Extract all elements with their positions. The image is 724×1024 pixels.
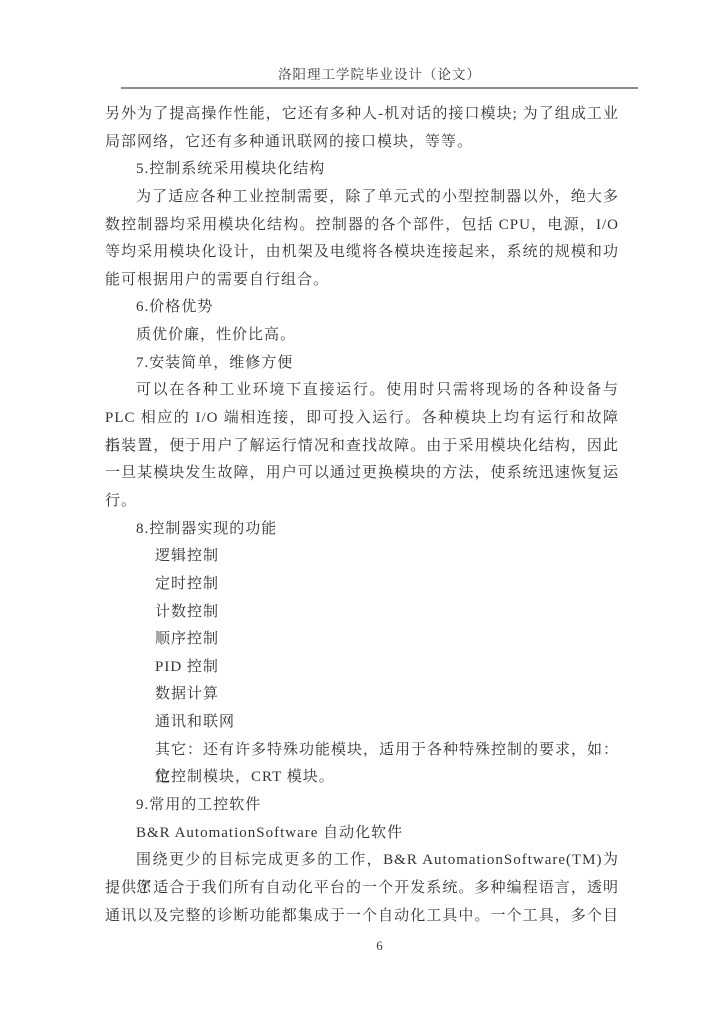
body-line: PID 控制 — [105, 654, 619, 682]
document-page: 洛阳理工学院毕业设计（论文） 另外为了提高操作性能，它还有多种人-机对话的接口模… — [0, 0, 724, 1024]
body-line: 为了适应各种工业控制需要，除了单元式的小型控制器以外，绝大多 — [105, 184, 619, 212]
body-line: 可以在各种工业环境下直接运行。使用时只需将现场的各种设备与 — [105, 377, 619, 405]
body-line: 数控制器均采用模块化结构。控制器的各个部件，包括 CPU，电源，I/O — [105, 212, 619, 240]
body-line: 其它：还有许多特殊功能模块，适用于各种特殊控制的要求，如：定 — [105, 737, 619, 765]
page-number: 6 — [121, 938, 638, 954]
body-text: 另外为了提高操作性能，它还有多种人-机对话的接口模块; 为了组成工业局部网络，它… — [105, 101, 619, 930]
body-line: PLC 相应的 I/O 端相连接，即可投入运行。各种模块上均有运行和故障指 — [105, 405, 619, 433]
body-line: 5.控制系统采用模块化结构 — [105, 156, 619, 184]
body-line: 一旦某模块发生故障，用户可以通过更换模块的方法，使系统迅速恢复运 — [105, 460, 619, 488]
body-line: 位控制模块，CRT 模块。 — [105, 764, 619, 792]
body-line: 数据计算 — [105, 681, 619, 709]
body-line: 能可根据用户的需要自行组合。 — [105, 267, 619, 295]
body-line: 逻辑控制 — [105, 543, 619, 571]
body-line: 顺序控制 — [105, 626, 619, 654]
body-line: 计数控制 — [105, 599, 619, 627]
body-line: 质优价廉，性价比高。 — [105, 322, 619, 350]
page-header-title: 洛阳理工学院毕业设计（论文） — [121, 63, 638, 83]
body-line: 6.价格优势 — [105, 294, 619, 322]
body-line: B&R AutomationSoftware 自动化软件 — [105, 820, 619, 848]
body-line: 示装置，便于用户了解运行情况和查找故障。由于采用模块化结构，因此 — [105, 433, 619, 461]
body-line: 9.常用的工控软件 — [105, 792, 619, 820]
body-line: 另外为了提高操作性能，它还有多种人-机对话的接口模块; 为了组成工业 — [105, 101, 619, 129]
body-line: 8.控制器实现的功能 — [105, 516, 619, 544]
body-line: 提供了适合于我们所有自动化平台的一个开发系统。多种编程语言，透明 — [105, 875, 619, 903]
body-line: 等均采用模块化设计，由机架及电缆将各模块连接起来，系统的规模和功 — [105, 239, 619, 267]
body-line: 通讯以及完整的诊断功能都集成于一个自动化工具中。一个工具，多个目 — [105, 903, 619, 931]
body-line: 通讯和联网 — [105, 709, 619, 737]
body-line: 7.安装简单，维修方便 — [105, 350, 619, 378]
body-line: 行。 — [105, 488, 619, 516]
header-rule — [121, 87, 638, 89]
body-line: 定时控制 — [105, 571, 619, 599]
body-line: 围绕更少的目标完成更多的工作，B&R AutomationSoftware(TM… — [105, 847, 619, 875]
body-line: 局部网络，它还有多种通讯联网的接口模块，等等。 — [105, 129, 619, 157]
